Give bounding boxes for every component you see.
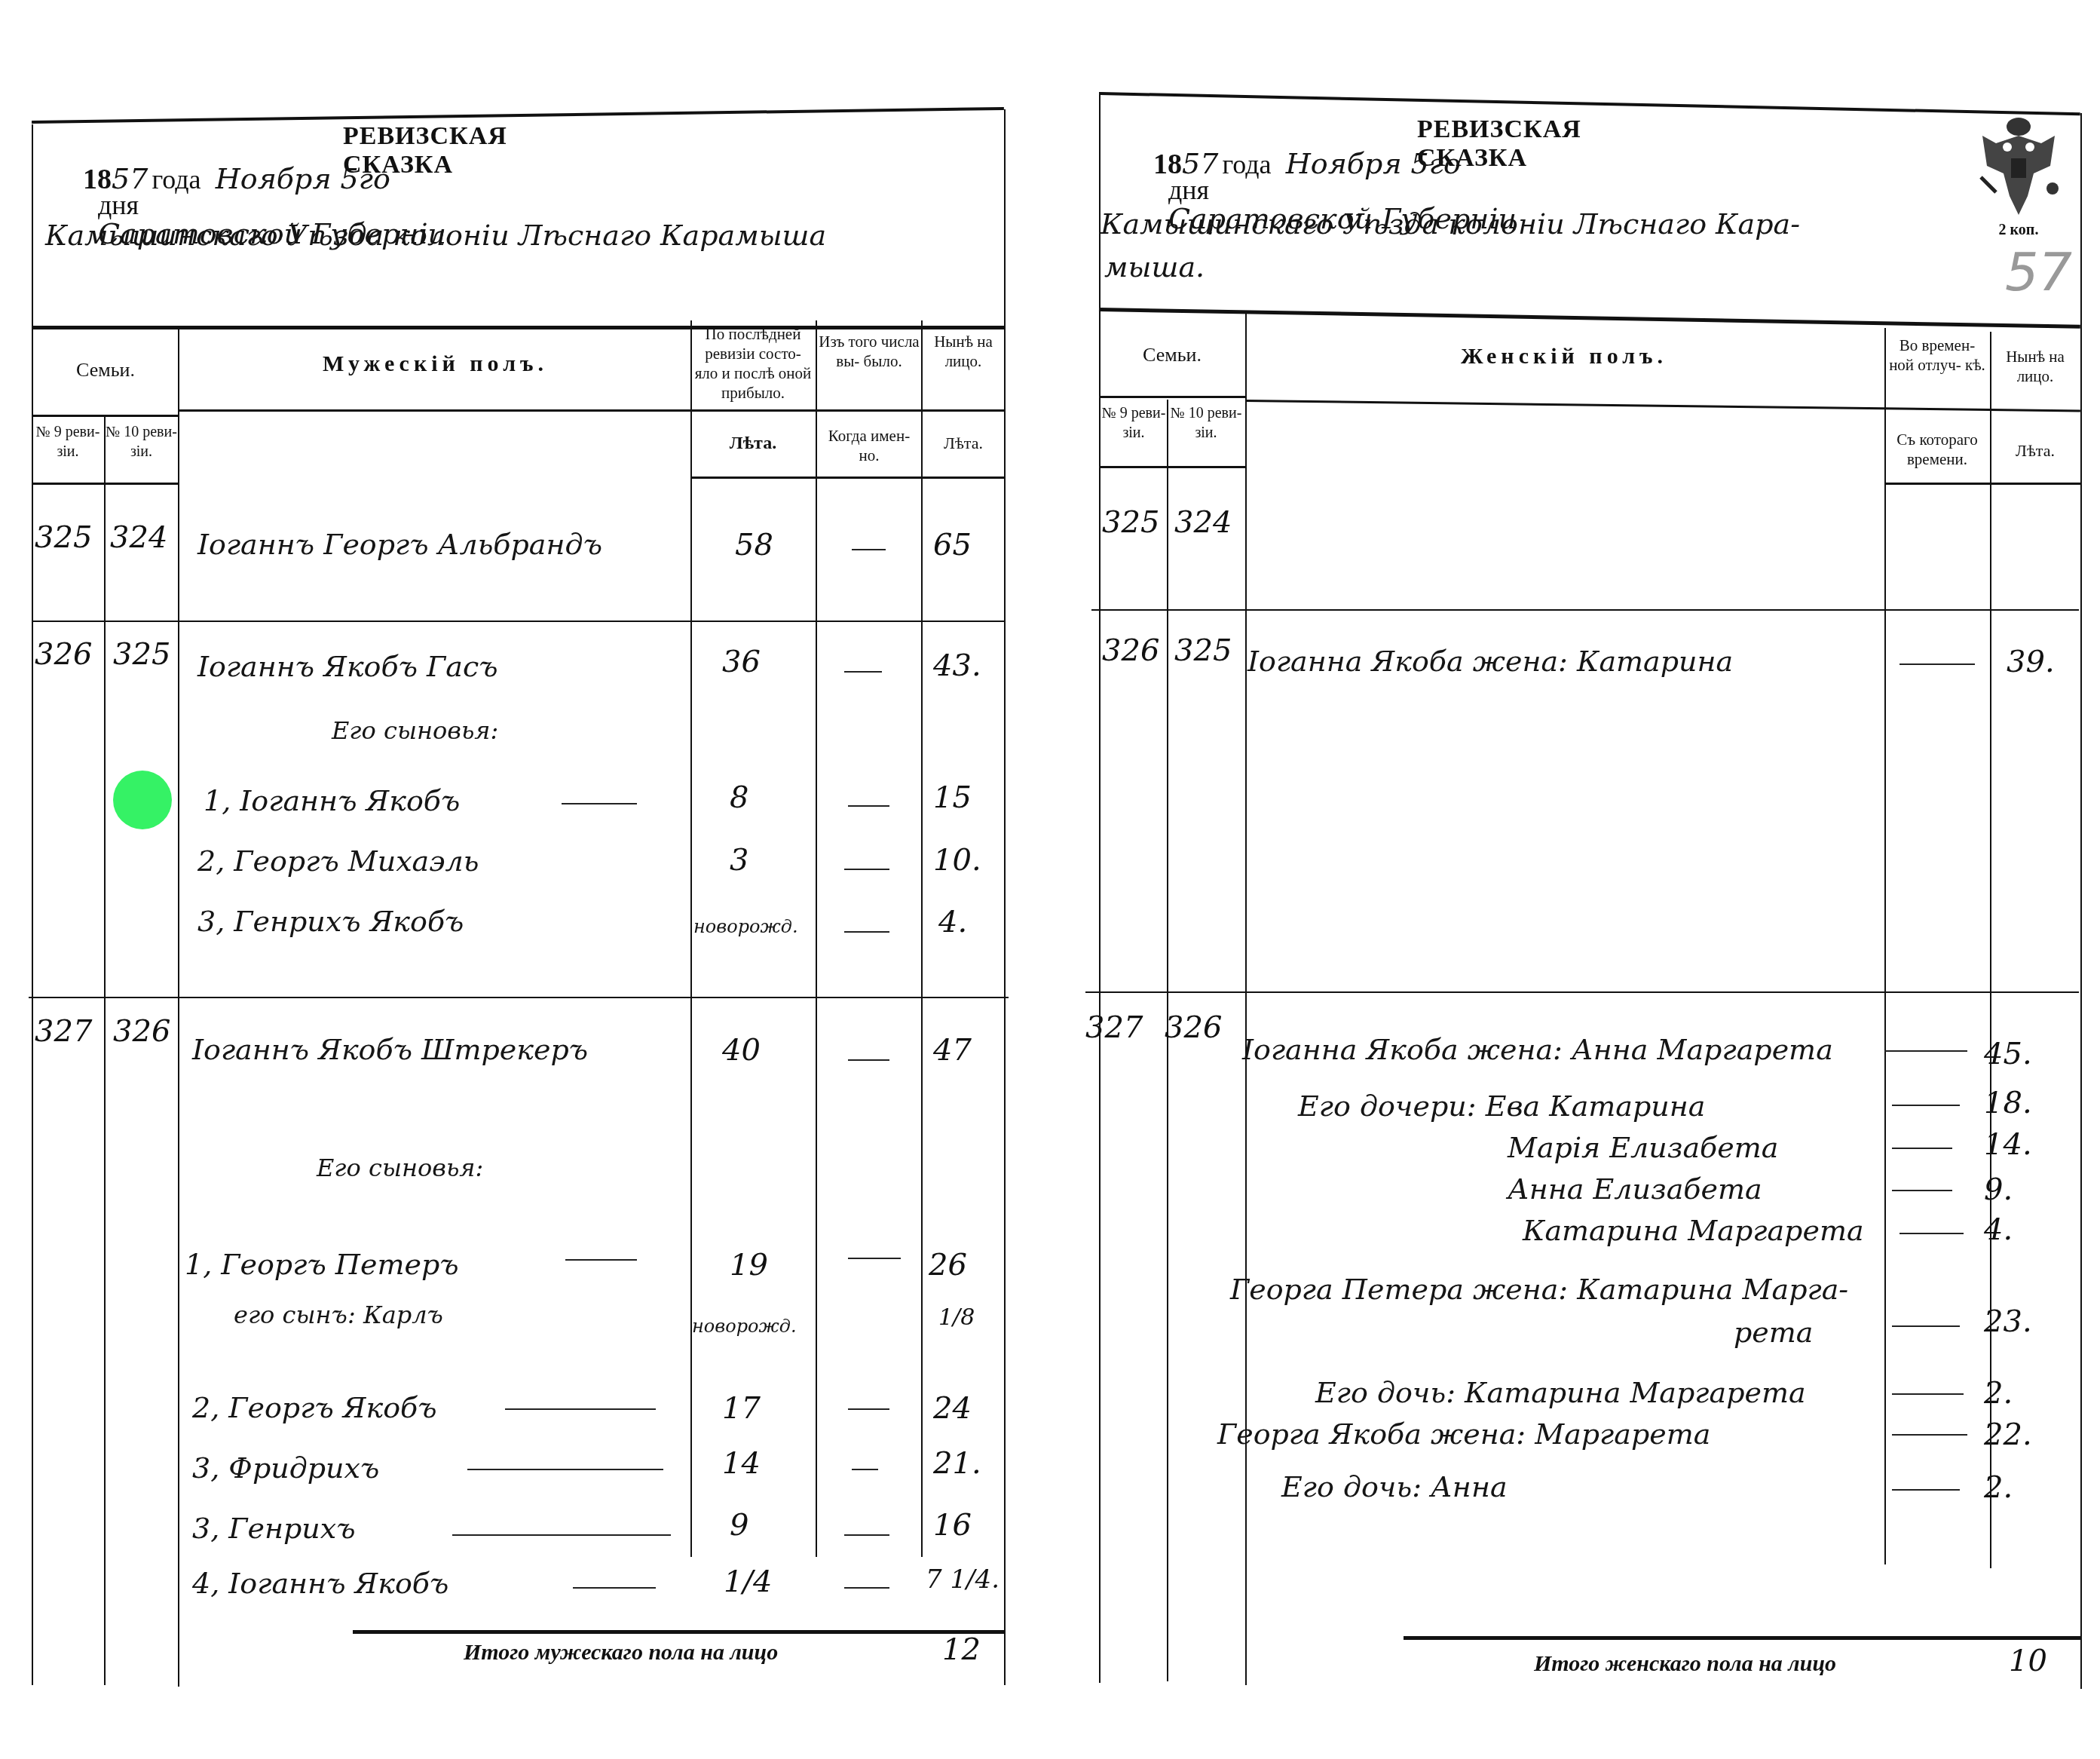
person-name: Іоганнъ Якобъ Гасъ [197,650,498,683]
col-divider-away [1884,328,1886,1564]
departed-header: Изъ того числа вы- было. [819,332,920,371]
since-when-header: Съ котораго времени. [1886,430,1988,469]
person-name-r: Его дочери: Ева Катарина [1298,1089,1706,1123]
col-divider-out [816,320,817,1557]
newborn-note: новорожд. [692,1316,797,1337]
age-now: 43. [933,648,981,683]
double-headed-eagle-icon [1973,113,2064,219]
rev10-header-r: № 10 реви- зіи. [1168,403,1244,443]
rule [178,409,1004,412]
age-now-r: 9. [1984,1172,2013,1207]
person-name-r: Георга Якоба жена: Маргарета [1217,1417,1710,1451]
col-divider-families [178,329,179,1687]
family-divider [32,621,1004,622]
rev9-header-r: № 9 реви- зіи. [1101,403,1167,443]
dash [505,1408,656,1410]
right-border [1004,109,1006,1685]
stamp-value: 2 коп. [1966,222,2071,239]
dash [844,931,889,933]
person-name-r: Марія Елизабета [1508,1131,1778,1164]
age-now: 4. [938,905,967,939]
age-last: 14 [722,1446,761,1481]
person-name: 4, Іоганнъ Якобъ [192,1567,448,1600]
person-name-r: рета [1734,1316,1814,1349]
age-now-r: 18. [1984,1086,2032,1120]
age-last: 17 [722,1391,761,1426]
left-border [32,124,33,1685]
rev9-number-r: 326 [1102,633,1159,668]
dash [852,1469,878,1470]
dash [844,1587,889,1589]
col-divider-now [921,320,923,1557]
age-now: 24 [933,1391,972,1426]
rev9-number: 326 [35,637,92,672]
age-now: 21. [933,1446,981,1481]
years-now-header: Лѣта. [924,434,1003,453]
male-sex-header: Мужескій полъ. [181,354,690,374]
left-top-border [32,107,1004,124]
dash [1892,1190,1952,1191]
age-last: 19 [730,1248,768,1282]
rev9-number: 325 [35,520,92,555]
person-name: 1, Георгъ Петеръ [185,1248,459,1281]
age-now: 16 [933,1508,972,1543]
years-now-header-r: Лѣта. [1991,441,2079,461]
rule [690,477,1004,479]
dash [1892,1105,1960,1106]
location-line: Камышинскаго Уѣзда колоніи Лѣснаго Карам… [45,219,826,252]
age-now-r: 14. [1984,1127,2032,1162]
person-name: 1, Іоганнъ Якобъ [204,784,460,817]
dash [1884,1050,1967,1052]
age-now: 26 [929,1248,967,1282]
person-name: Іоганнъ Георгъ Альбрандъ [197,528,602,561]
family-divider [29,997,1009,998]
rule [1099,396,1246,398]
rule [1245,400,2080,412]
age-now: 15 [933,780,972,815]
green-marker [113,771,172,829]
age-now: 10. [933,843,981,878]
age-now: 47 [933,1033,972,1068]
families-header: Семьи. [34,360,177,380]
left-border-r [1099,92,1101,1683]
age-now-r: 2. [1984,1376,2013,1411]
rule [32,483,179,485]
when-header: Когда имен- но. [819,426,920,465]
rule [1099,466,1246,468]
age-now-r: 39. [2007,645,2055,679]
dash [844,869,889,870]
rule [1884,483,2080,485]
age-now-r: 23. [1984,1304,2032,1339]
dash [565,1259,637,1261]
dash [1892,1325,1960,1327]
page-number: 57 [2005,241,2072,303]
dash [844,671,882,673]
revenue-stamp: 2 коп. [1966,113,2071,239]
person-name-r: Его дочь: Катарина Маргарета [1315,1376,1806,1409]
col-divider-last [690,320,692,1557]
dash [452,1534,671,1536]
col-divider-rev [104,415,106,1685]
family-divider-r [1085,991,2079,993]
location-line-r2: мыша. [1104,250,1205,283]
person-name-r: Катарина Маргарета [1523,1214,1864,1247]
newborn-note: новорожд. [693,916,798,937]
person-name: 2, Георгъ Якобъ [192,1391,437,1424]
dash [1892,1489,1960,1491]
dash [848,1408,889,1410]
present-header-r: Нынѣ на лицо. [1991,347,2079,386]
female-total-label: Итого женскаго пола на лицо [1534,1651,1836,1677]
dash [848,805,889,807]
age-now: 1/8 [938,1304,975,1331]
right-border-r [2080,113,2082,1689]
rev9-number: 327 [35,1014,92,1049]
sons-label: Его сыновья: [317,1154,483,1182]
total-rule [353,1630,1004,1634]
location-line-r: Камышинскаго Уѣзда колоніи Лѣснаго Кара- [1101,207,1800,241]
male-total-label: Итого мужескаго пола на лицо [464,1640,778,1666]
rev10-number: 326 [113,1014,170,1049]
age-now-r: 2. [1984,1470,2013,1505]
col-divider-families-r [1245,313,1247,1685]
rev9-number-r: 327 [1085,1010,1143,1045]
dash [848,1059,889,1061]
dash [467,1469,663,1470]
last-revision-header: По послѣдней ревизіи состо- яло и послѣ … [692,324,814,403]
dash [562,803,637,804]
age-now-r: 45. [1984,1037,2032,1071]
person-name-r: Іоганна Якоба жена: Катарина [1247,645,1733,678]
dash [848,1258,901,1259]
person-name: 2, Георгъ Михаэль [197,844,479,878]
person-name: Іоганнъ Якобъ Штрекеръ [192,1033,588,1066]
age-now-r: 4. [1984,1212,2013,1247]
person-name-r: Его дочь: Анна [1281,1470,1508,1503]
dash [1892,1393,1964,1395]
person-name-r: Іоганна Якоба жена: Анна Маргарета [1242,1033,1833,1066]
rev10-header: № 10 реви- зіи. [106,422,177,461]
rev9-header: № 9 реви- зіи. [33,422,103,461]
dash [1899,663,1975,665]
person-name-r: Георга Петера жена: Катарина Марга- [1230,1273,1848,1306]
person-name: 3, Генрихъ [192,1512,356,1545]
rev10-number-r: 325 [1174,633,1232,668]
sons-label: Его сыновья: [332,716,498,745]
dash [1892,1434,1967,1436]
age-last: 36 [722,645,761,679]
dash [1892,1148,1952,1149]
person-name-r: Анна Елизабета [1508,1172,1762,1206]
rev10-number: 324 [110,520,167,555]
dash [852,549,886,550]
female-total-value: 10 [2009,1644,2047,1678]
age-last: 3 [730,843,748,878]
female-sex-header: Женскій полъ. [1247,347,1881,366]
rule [32,415,179,417]
dash [1899,1233,1964,1234]
temporary-absence-header: Во времен- ной отлуч- кѣ. [1886,336,1988,375]
total-rule-r [1404,1636,2080,1640]
age-last: 9 [730,1508,748,1543]
age-last: 1/4 [724,1564,772,1599]
age-now-r: 22. [1984,1417,2032,1452]
age-last: 58 [735,528,773,562]
rev10-number: 325 [113,637,170,672]
person-name: 3, Генрихъ Якобъ [197,905,464,938]
families-header-r: Семьи. [1101,345,1244,365]
person-name: его сынъ: Карлъ [234,1301,443,1329]
rev10-number-r: 326 [1165,1010,1222,1045]
age-last: 40 [722,1033,761,1068]
age-now: 65 [933,528,972,562]
male-total-value: 12 [942,1632,981,1667]
family-divider-r [1091,609,2079,611]
rev10-number-r: 324 [1174,505,1232,540]
age-last: 8 [730,780,748,815]
years-header: Лѣта. [692,434,814,453]
person-name: 3, Фридрихъ [192,1451,379,1485]
present-header: Нынѣ на лицо. [924,332,1003,371]
right-top-border [1101,92,2080,115]
age-now: 7 1/4. [926,1564,999,1595]
dash [844,1534,889,1536]
dash [573,1587,656,1589]
rev9-number-r: 325 [1102,505,1159,540]
